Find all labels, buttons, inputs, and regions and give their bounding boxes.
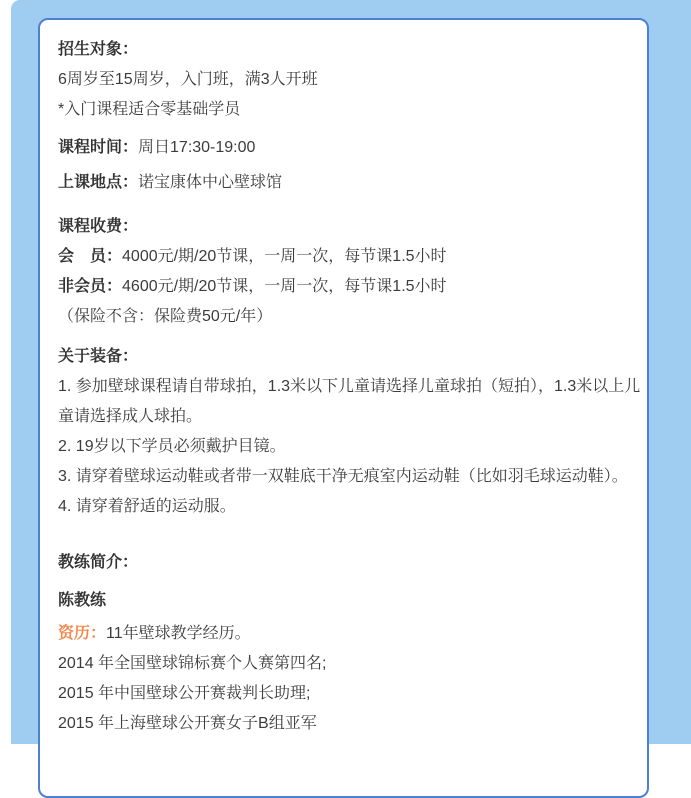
equipment-item: 2. 19岁以下学员必须戴护目镜。 (58, 432, 646, 462)
enrollment-detail: 6周岁至15周岁，入门班，满3人开班 (58, 65, 646, 95)
location-label: 上课地点： (58, 174, 138, 191)
location-value: 诺宝康体中心壁球馆 (138, 174, 282, 191)
schedule-line: 课程时间：周日17:30-19:00 (58, 133, 646, 163)
equipment-heading-text: 关于装备： (58, 348, 138, 365)
fees-insurance-note: （保险不含：保险费50元/年） (58, 302, 646, 332)
fees-heading-text: 课程收费： (58, 218, 138, 235)
fees-nonmember-label: 非会员： (58, 278, 122, 295)
blue-background-panel: 招生对象： 6周岁至15周岁，入门班，满3人开班 *入门课程适合零基础学员 课程… (11, 0, 691, 744)
schedule-label: 课程时间： (58, 139, 138, 156)
coach-experience-label: 资历： (58, 625, 106, 642)
coach-heading-text: 教练简介： (58, 554, 138, 571)
fees-nonmember-line: 非会员：4600元/期/20节课，一周一次，每节课1.5小时 (58, 272, 646, 302)
coach-heading: 教练简介： (58, 548, 646, 578)
coach-name-text: 陈教练 (58, 592, 106, 609)
equipment-item: 4. 请穿着舒适的运动服。 (58, 492, 646, 522)
enrollment-heading-text: 招生对象： (58, 41, 138, 58)
coach-achievement: 2015 年中国壁球公开赛裁判长助理; (58, 679, 646, 709)
equipment-heading: 关于装备： (58, 342, 646, 372)
coach-name: 陈教练 (58, 586, 646, 616)
fees-member-line: 会 员：4000元/期/20节课，一周一次，每节课1.5小时 (58, 242, 646, 272)
course-info-card: 招生对象： 6周岁至15周岁，入门班，满3人开班 *入门课程适合零基础学员 课程… (38, 18, 649, 744)
fees-member-value: 4000元/期/20节课，一周一次，每节课1.5小时 (122, 248, 447, 265)
enrollment-heading: 招生对象： (58, 35, 646, 65)
schedule-value: 周日17:30-19:00 (138, 139, 255, 156)
location-line: 上课地点：诺宝康体中心壁球馆 (58, 168, 646, 198)
fees-nonmember-value: 4600元/期/20节课，一周一次，每节课1.5小时 (122, 278, 447, 295)
equipment-item: 3. 请穿着壁球运动鞋或者带一双鞋底干净无痕室内运动鞋（比如羽毛球运动鞋）。 (58, 462, 646, 492)
fees-heading: 课程收费： (58, 212, 646, 242)
coach-achievement: 2015 年上海壁球公开赛女子B组亚军 (58, 709, 646, 739)
enrollment-note: *入门课程适合零基础学员 (58, 95, 646, 125)
coach-achievement: 2014 年全国壁球锦标赛个人赛第四名; (58, 649, 646, 679)
coach-experience-value: 11年壁球教学经历。 (106, 625, 251, 642)
coach-experience-line: 资历：11年壁球教学经历。 (58, 619, 646, 649)
fees-member-label: 会 员： (58, 248, 122, 265)
equipment-item: 1. 参加壁球课程请自带球拍，1.3米以下儿童请选择儿童球拍（短拍），1.3米以… (58, 372, 646, 432)
